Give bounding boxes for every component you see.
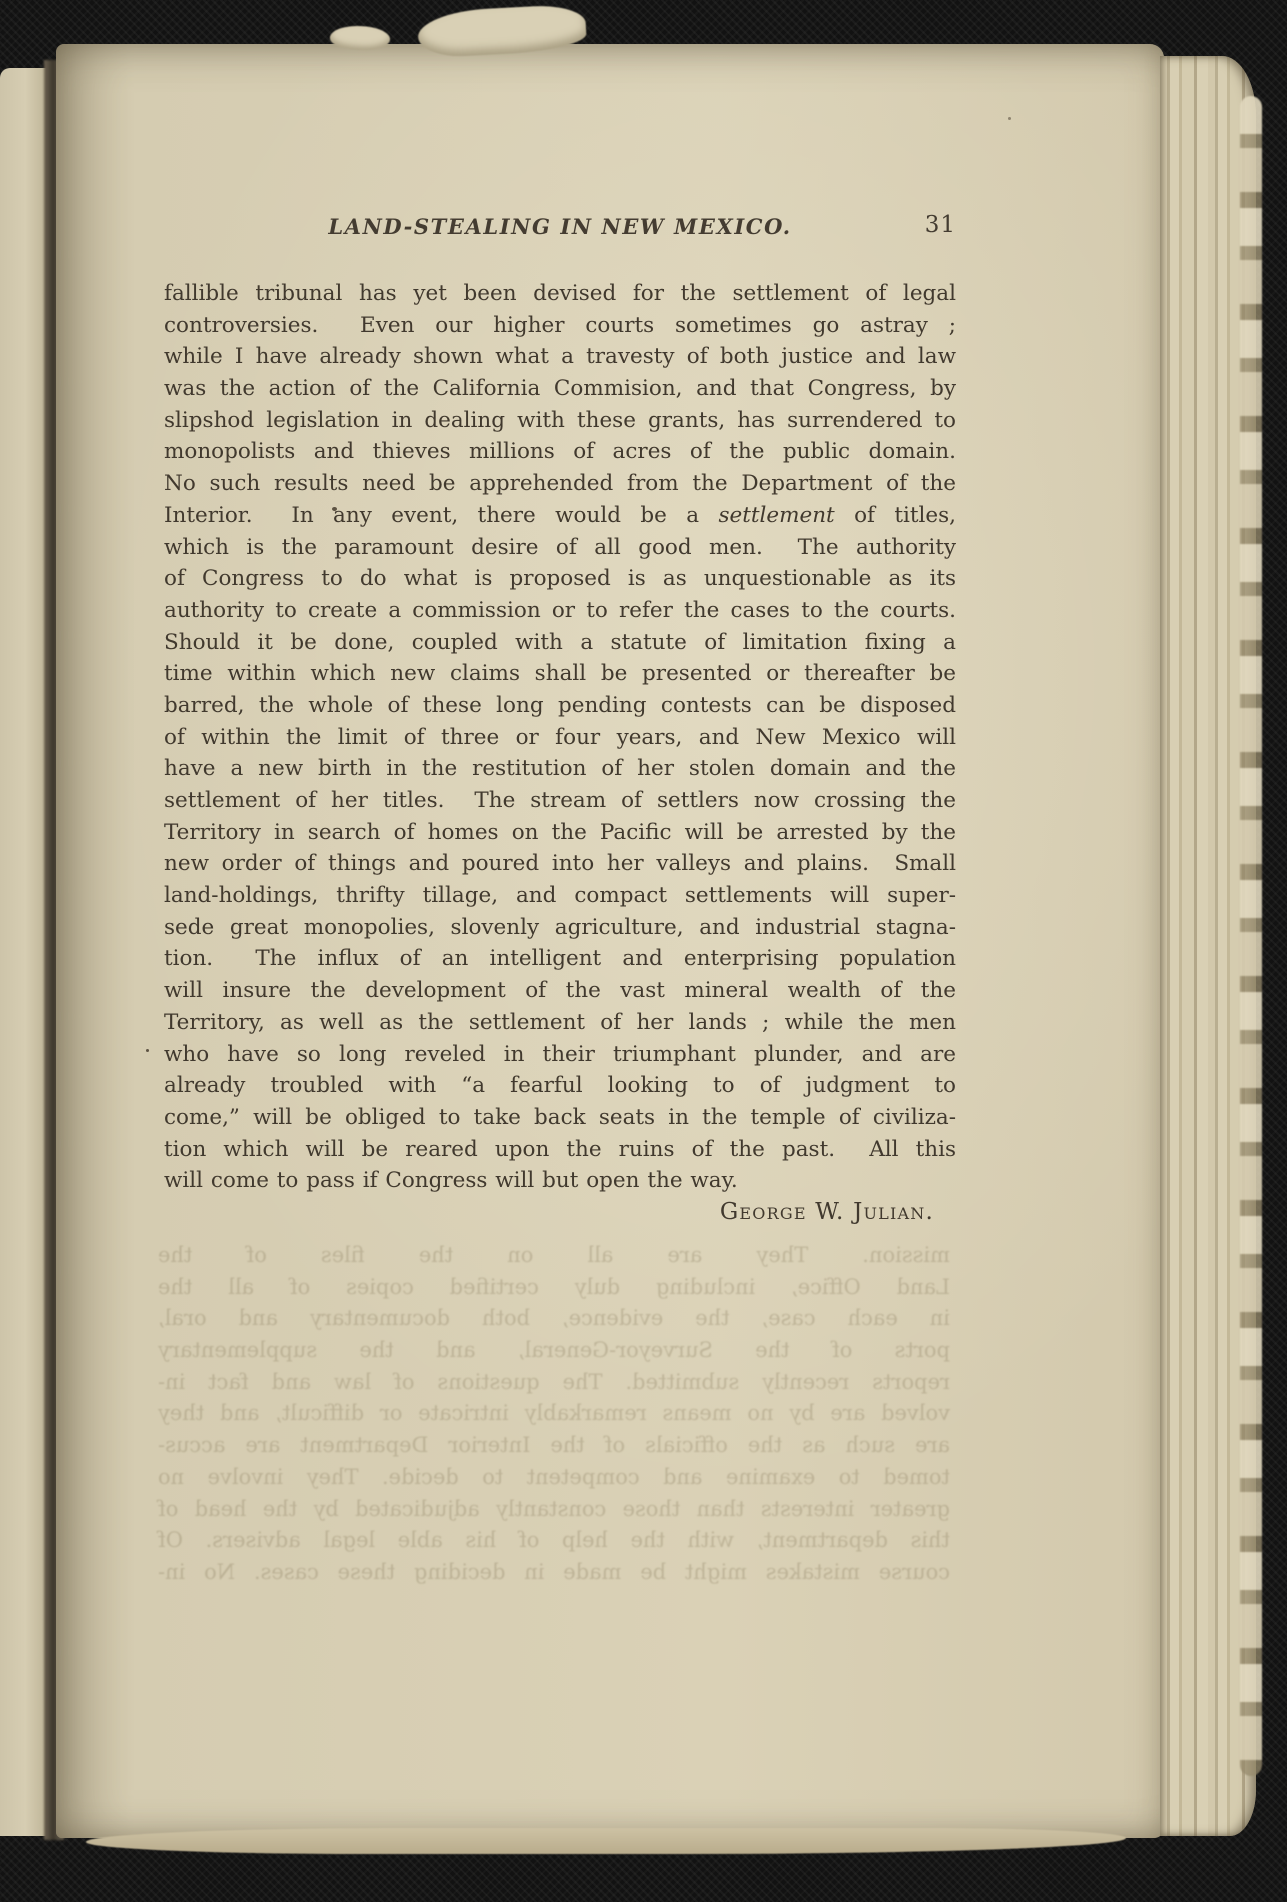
line: settlement of her titles. The stream of … (164, 785, 956, 817)
bleedthrough-text: mission. They are all on the files of th… (158, 1240, 950, 1589)
line: have a new birth in the restitution of h… (164, 753, 956, 785)
line: Interior. In any event, there would be a… (164, 500, 956, 532)
line: authority to create a commission or to r… (164, 595, 956, 627)
line: time within which new claims shall be pr… (164, 658, 956, 690)
running-head: LAND-STEALING IN NEW MEXICO. (164, 214, 956, 239)
body-text: fallible tribunal has yet been devised f… (164, 278, 956, 1225)
book-scan: LAND-STEALING IN NEW MEXICO. 31 fallible… (0, 0, 1287, 1902)
fore-edge-page-stack (1160, 56, 1256, 1836)
line: slipshod legislation in dealing with the… (164, 405, 956, 437)
line: tion which will be reared upon the ruins… (164, 1134, 956, 1166)
line: already troubled with “a fearful looking… (164, 1070, 956, 1102)
line: Territory, as well as the settlement of … (164, 1007, 956, 1039)
ghost-line: mission. They are all on the files of th… (158, 1240, 950, 1272)
ghost-line: greater interests than those constantly … (158, 1494, 950, 1526)
line: new order of things and poured into her … (164, 848, 956, 880)
ghost-line: Land Office, including duly certified co… (158, 1272, 950, 1304)
line: which is the paramount desire of all goo… (164, 532, 956, 564)
ghost-line: are such as the officials of the Interio… (158, 1430, 950, 1462)
line: will come to pass if Congress will but o… (164, 1165, 956, 1197)
ink-speck (1008, 117, 1011, 120)
ghost-line: ports of the Surveyor-General, and the s… (158, 1335, 950, 1367)
italic-word: settlement (718, 503, 834, 528)
opposite-page-edge (0, 68, 46, 1836)
line: No such results need be apprehended from… (164, 468, 956, 500)
author-signature: George W. Julian. (164, 1199, 956, 1225)
line: of within the limit of three or four yea… (164, 722, 956, 754)
book-page: LAND-STEALING IN NEW MEXICO. 31 fallible… (56, 44, 1164, 1838)
ghost-line: in each case, the evidence, both documen… (158, 1303, 950, 1335)
line: tion. The influx of an intelligent and e… (164, 943, 956, 975)
ghost-line: this department, with the help of his ab… (158, 1525, 950, 1557)
line: monopolists and thieves millions of acre… (164, 436, 956, 468)
line: barred, the whole of these long pending … (164, 690, 956, 722)
line: was the action of the California Commisi… (164, 373, 956, 405)
line: sede great monopolies, slovenly agricult… (164, 912, 956, 944)
ink-speck (332, 507, 337, 511)
line: controversies. Even our higher courts so… (164, 310, 956, 342)
ink-speck (146, 1049, 149, 1052)
line: who have so long reveled in their triump… (164, 1039, 956, 1071)
line: Should it be done, coupled with a statut… (164, 627, 956, 659)
line: fallible tribunal has yet been devised f… (164, 278, 956, 310)
ghost-line: volved are by no means remarkably intric… (158, 1398, 950, 1430)
ghost-line: tomed to examine and competent to decide… (158, 1462, 950, 1494)
line: land-holdings, thrifty tillage, and comp… (164, 880, 956, 912)
line: of Congress to do what is proposed is as… (164, 563, 956, 595)
line: while I have already shown what a traves… (164, 341, 956, 373)
folio-page-number: 31 (925, 212, 956, 238)
page-content: LAND-STEALING IN NEW MEXICO. 31 fallible… (164, 44, 956, 1838)
ghost-line: reports recently submitted. The question… (158, 1367, 950, 1399)
line: will insure the development of the vast … (164, 975, 956, 1007)
ghost-line: course mistakes might be made in decidin… (158, 1557, 950, 1589)
line: Territory in search of homes on the Paci… (164, 817, 956, 849)
line: come,” will be obliged to take back seat… (164, 1102, 956, 1134)
